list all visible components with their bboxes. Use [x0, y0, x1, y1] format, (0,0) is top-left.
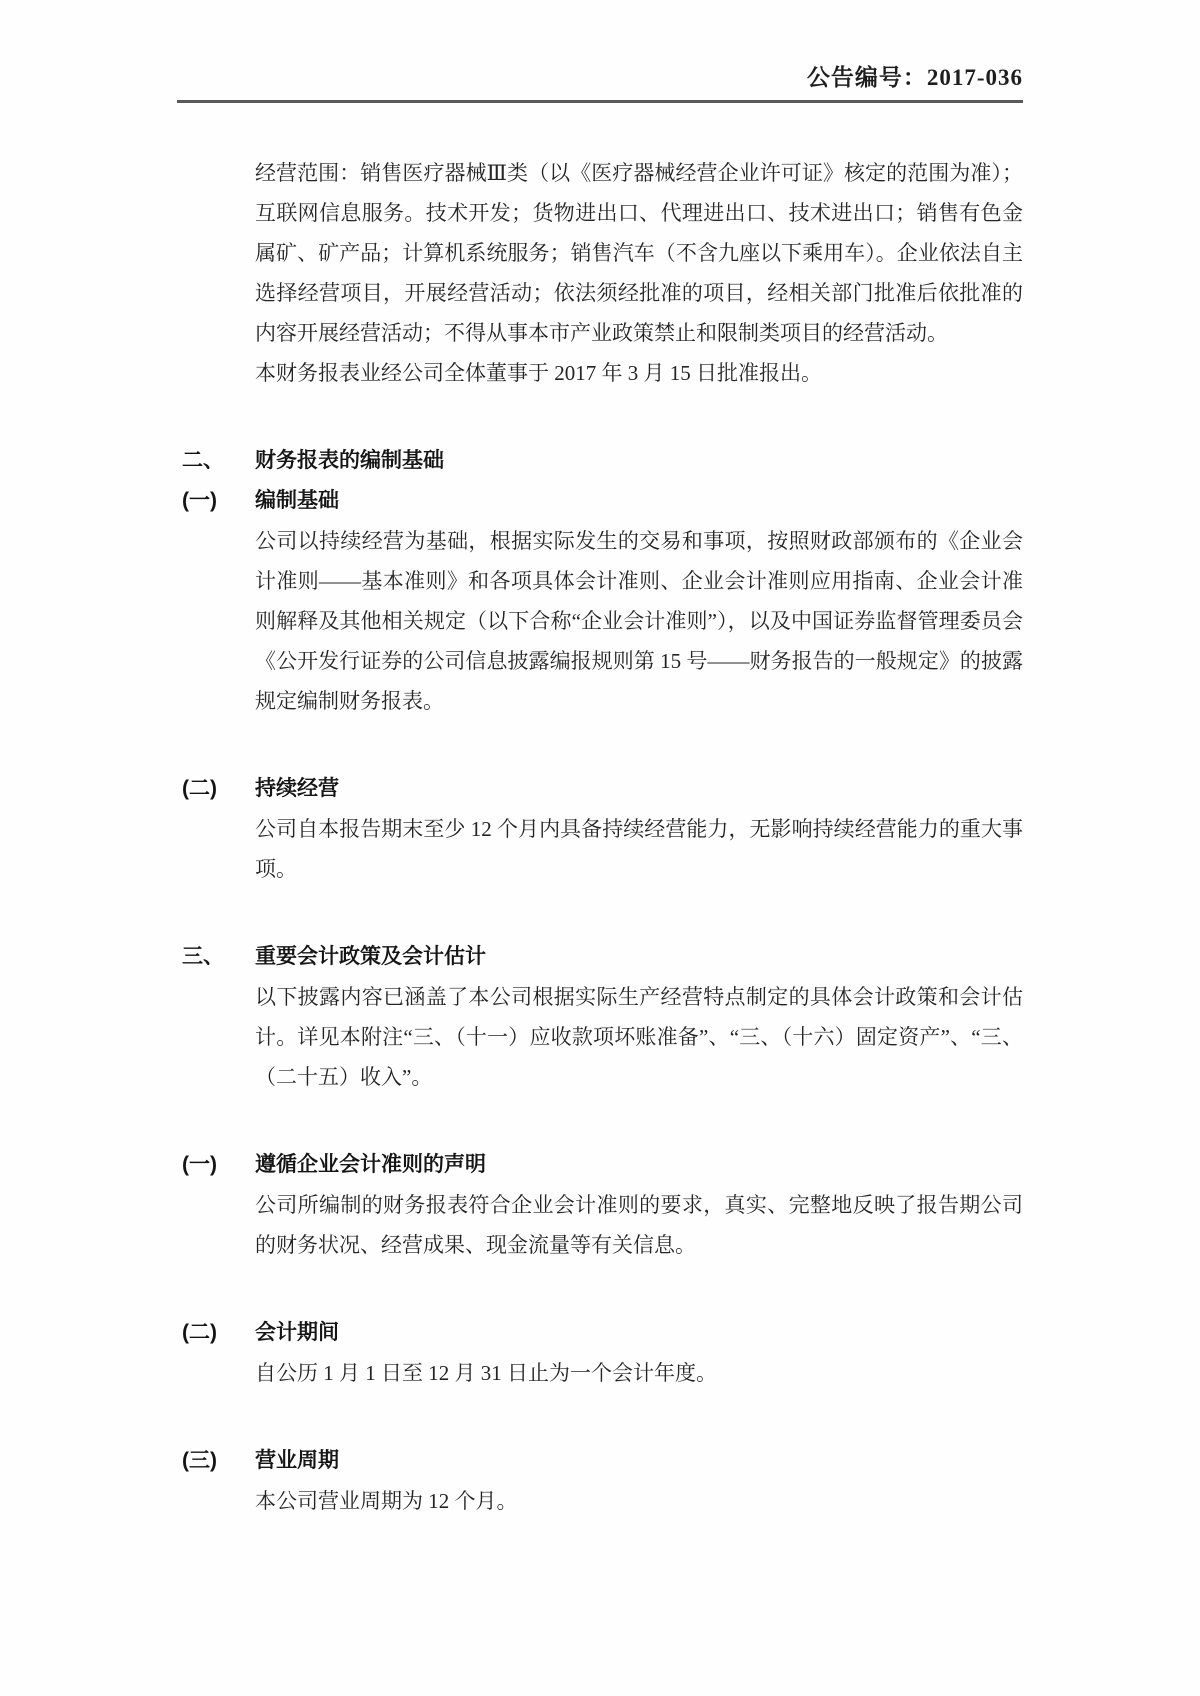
paragraph-accounting-period: 自公历 1 月 1 日至 12 月 31 日止为一个会计年度。 — [255, 1353, 1023, 1393]
subsection-number: (二) — [182, 769, 255, 809]
document-page: 公告编号：2017-036 经营范围：销售医疗器械Ⅲ类（以《医疗器械经营企业许可… — [0, 0, 1200, 1696]
section-number: 三、 — [182, 937, 255, 977]
section-heading-accounting-policies: 三、 重要会计政策及会计估计 — [182, 937, 1023, 977]
subsection-number: (二) — [182, 1313, 255, 1353]
subsection-number: (一) — [182, 481, 255, 521]
section-heading-basis-of-preparation: 二、 财务报表的编制基础 — [182, 441, 1023, 481]
subsection-heading-going-concern: (二) 持续经营 — [182, 769, 1023, 809]
subsection-number: (一) — [182, 1145, 255, 1185]
section-number: 二、 — [182, 441, 255, 481]
subsection-heading-accounting-period: (二) 会计期间 — [182, 1313, 1023, 1353]
document-content: 经营范围：销售医疗器械Ⅲ类（以《医疗器械经营企业许可证》核定的范围为准）；互联网… — [182, 103, 1023, 1521]
paragraph-compliance-statement: 公司所编制的财务报表符合企业会计准则的要求，真实、完整地反映了报告期公司的财务状… — [255, 1185, 1023, 1265]
subsection-heading-compliance-statement: (一) 遵循企业会计准则的声明 — [182, 1145, 1023, 1185]
paragraph-approval-statement: 本财务报表业经公司全体董事于 2017 年 3 月 15 日批准报出。 — [255, 353, 1023, 393]
subsection-title: 营业周期 — [255, 1441, 1023, 1481]
subsection-number: (三) — [182, 1441, 255, 1481]
subsection-heading-operating-cycle: (三) 营业周期 — [182, 1441, 1023, 1481]
paragraph-business-scope: 经营范围：销售医疗器械Ⅲ类（以《医疗器械经营企业许可证》核定的范围为准）；互联网… — [255, 153, 1023, 353]
subsection-title: 持续经营 — [255, 769, 1023, 809]
page-header: 公告编号：2017-036 — [177, 64, 1023, 103]
section-title: 财务报表的编制基础 — [255, 441, 1023, 481]
section-title: 重要会计政策及会计估计 — [255, 937, 1023, 977]
subsection-title: 编制基础 — [255, 481, 1023, 521]
paragraph-policies-overview: 以下披露内容已涵盖了本公司根据实际生产经营特点制定的具体会计政策和会计估计。详见… — [255, 977, 1023, 1097]
paragraph-operating-cycle: 本公司营业周期为 12 个月。 — [255, 1481, 1023, 1521]
paragraph-preparation-basis: 公司以持续经营为基础，根据实际发生的交易和事项，按照财政部颁布的《企业会计准则—… — [255, 521, 1023, 721]
notice-number: 公告编号：2017-036 — [177, 64, 1023, 92]
subsection-title: 遵循企业会计准则的声明 — [255, 1145, 1023, 1185]
subsection-heading-preparation-basis: (一) 编制基础 — [182, 481, 1023, 521]
subsection-title: 会计期间 — [255, 1313, 1023, 1353]
paragraph-going-concern: 公司自本报告期末至少 12 个月内具备持续经营能力，无影响持续经营能力的重大事项… — [255, 809, 1023, 889]
